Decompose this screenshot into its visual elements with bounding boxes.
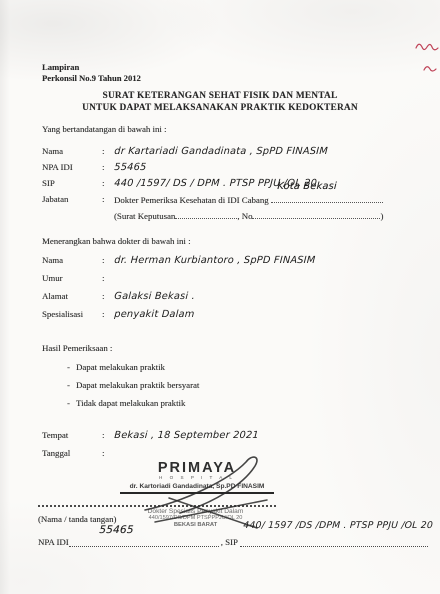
option-dash: -: [67, 380, 76, 398]
colon: :: [102, 178, 114, 188]
red-pen-annotation: [410, 36, 440, 82]
umur-label: Umur: [42, 273, 102, 283]
tanggal-label: Tanggal: [42, 448, 102, 458]
lampiran-line: Lampiran: [42, 62, 141, 73]
field-surat-keputusan: (Surat Keputusan, No): [42, 210, 422, 226]
lampiran-note: Lampiran Perkonsil No.9 Tahun 2012: [42, 62, 141, 83]
subject-fields: Nama : dr. Herman Kurbiantoro , SpPD FIN…: [42, 255, 422, 327]
footer-sip-dotted-line: [240, 536, 428, 547]
examiner-npa-handwriting: 55465: [114, 162, 147, 173]
footer-sip-label: , SIP: [221, 537, 238, 547]
field-subject-spesialisasi: Spesialisasi : penyakit Dalam: [42, 309, 422, 327]
examiner-nama-handwriting: dr Kartariadi Gandadinata , SpPD FINASIM: [114, 146, 328, 157]
sk-suffix: ): [380, 211, 383, 221]
sip-label: SIP: [42, 178, 102, 188]
colon: :: [102, 146, 114, 156]
colon: :: [102, 255, 114, 265]
nama-tanda-tangan-label: (Nama / tanda tangan): [38, 514, 116, 524]
perkonsil-line: Perkonsil No.9 Tahun 2012: [42, 73, 141, 84]
title-line-1: SURAT KETERANGAN SEHAT FISIK DAN MENTAL: [0, 91, 440, 103]
option-praktik-bersyarat: - Dapat melakukan praktik bersyarat: [67, 380, 199, 398]
subject-intro-line: Menerangkan bahwa dokter di bawah ini :: [42, 236, 191, 246]
field-subject-umur: Umur :: [42, 273, 422, 291]
sk-dotted-line-2: [252, 210, 380, 219]
colon: :: [102, 291, 114, 301]
footer-sip-handwriting: 440/ 1597 /DS /DPM . PTSP PPJU /OL 20: [243, 520, 433, 531]
document-title: SURAT KETERANGAN SEHAT FISIK DAN MENTAL …: [0, 91, 440, 114]
tempat-label: Tempat: [42, 430, 102, 440]
field-examiner-nama: Nama : dr Kartariadi Gandadinata , SpPD …: [42, 146, 422, 162]
field-subject-nama: Nama : dr. Herman Kurbiantoro , SpPD FIN…: [42, 255, 422, 273]
examiner-fields: Nama : dr Kartariadi Gandadinata , SpPD …: [42, 146, 422, 226]
colon: :: [102, 448, 114, 458]
npa-label: NPA IDI: [42, 162, 102, 172]
option-label: Dapat melakukan praktik bersyarat: [76, 380, 199, 398]
sk-prefix: (Surat Keputusan: [114, 211, 175, 221]
result-options: - Dapat melakukan praktik - Dapat melaku…: [67, 362, 199, 416]
colon: :: [102, 162, 114, 172]
jabatan-printed-text: Dokter Pemeriksa Kesehatan di IDI Cabang: [114, 195, 269, 205]
subject-spesialisasi-handwriting: penyakit Dalam: [114, 309, 195, 320]
colon: :: [102, 273, 114, 283]
jabatan-dotted-line: Kota Bekasi: [271, 194, 383, 203]
field-examiner-npa: NPA IDI : 55465: [42, 162, 422, 178]
option-dash: -: [67, 362, 76, 380]
option-label: Tidak dapat melakukan praktik: [76, 398, 185, 416]
tempat-handwriting: Bekasi , 18 September 2021: [114, 430, 259, 441]
jabatan-label: Jabatan: [42, 194, 102, 204]
spesialisasi-label: Spesialisasi: [42, 309, 102, 319]
field-examiner-sip: SIP : 440 /1597/ DS / DPM . PTSP PPJU /O…: [42, 178, 422, 194]
option-dash: -: [67, 398, 76, 416]
alamat-label: Alamat: [42, 291, 102, 301]
scanned-medical-certificate: Lampiran Perkonsil No.9 Tahun 2012 SURAT…: [0, 0, 440, 594]
sk-mid: , No: [237, 211, 252, 221]
option-tidak-dapat: - Tidak dapat melakukan praktik: [67, 398, 199, 416]
colon: :: [102, 309, 114, 319]
field-tempat: Tempat : Bekasi , 18 September 2021: [42, 430, 422, 448]
nama-label: Nama: [42, 146, 102, 156]
sk-dotted-line-1: [175, 210, 237, 219]
title-line-2: UNTUK DAPAT MELAKSANAKAN PRAKTIK KEDOKTE…: [0, 103, 440, 115]
nama-label: Nama: [42, 255, 102, 265]
footer-npa-label: NPA IDI: [38, 537, 69, 547]
footer-npa-sip-row: NPA IDI 55465 , SIP: [38, 536, 428, 547]
field-subject-alamat: Alamat : Galaksi Bekasi .: [42, 291, 422, 309]
option-dapat-praktik: - Dapat melakukan praktik: [67, 362, 199, 380]
footer-npa-handwriting: 55465: [99, 524, 134, 536]
colon: :: [102, 194, 114, 204]
field-examiner-jabatan: Jabatan : Dokter Pemeriksa Kesehatan di …: [42, 194, 422, 210]
colon: :: [102, 430, 114, 440]
intro-line: Yang bertandatangan di bawah ini :: [42, 124, 166, 134]
footer-npa-dotted-line: 55465: [69, 536, 219, 547]
subject-alamat-handwriting: Galaksi Bekasi .: [114, 291, 195, 302]
hasil-heading: Hasil Pemeriksaan :: [42, 343, 112, 353]
option-label: Dapat melakukan praktik: [76, 362, 165, 380]
subject-nama-handwriting: dr. Herman Kurbiantoro , SpPD FINASIM: [114, 255, 316, 266]
jabatan-handwriting: Kota Bekasi: [277, 181, 337, 192]
